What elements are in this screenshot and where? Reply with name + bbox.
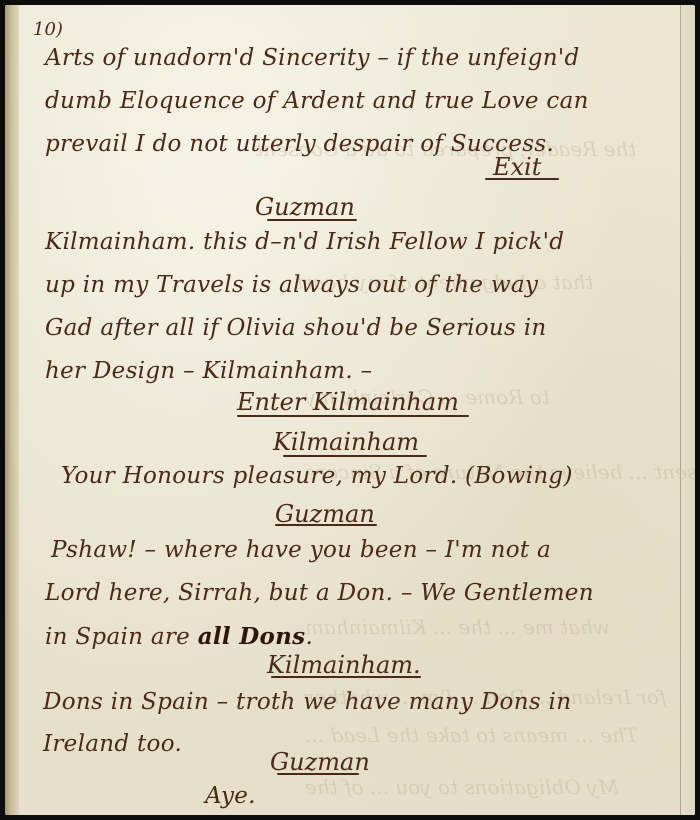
underline bbox=[275, 524, 377, 526]
underline bbox=[485, 178, 559, 180]
manuscript-line: up in my Travels is always out of the wa… bbox=[45, 274, 538, 297]
emphasized-text: all Dons bbox=[198, 623, 306, 650]
page-number: 10) bbox=[33, 19, 63, 40]
manuscript-line: Kilmainham. this d–n'd Irish Fellow I pi… bbox=[45, 231, 564, 254]
underline bbox=[267, 219, 357, 221]
manuscript-line: Ireland too. bbox=[43, 733, 182, 756]
stage-direction-exit: Exit bbox=[493, 155, 541, 179]
manuscript-line: Aye. bbox=[205, 785, 256, 808]
bleed-through-text: what me ... the ... Kilmainham bbox=[305, 615, 610, 639]
manuscript-line: her Design – Kilmainham. – bbox=[45, 360, 372, 383]
underline bbox=[277, 773, 359, 775]
underline bbox=[283, 455, 427, 457]
manuscript-line: Your Honours pleasure, my Lord. (Bowing) bbox=[61, 465, 573, 488]
stage-direction-enter: Enter Kilmainham bbox=[237, 390, 459, 414]
scan-frame: the Reader, prepared to do a Consent tha… bbox=[0, 0, 700, 820]
bleed-through-text: The ... means to take the Lead ... bbox=[305, 723, 638, 747]
manuscript-line: Pshaw! – where have you been – I'm not a bbox=[51, 539, 551, 562]
speaker-name: Guzman bbox=[270, 750, 370, 774]
speaker-name: Kilmainham bbox=[273, 430, 419, 454]
manuscript-line: Lord here, Sirrah, but a Don. – We Gentl… bbox=[45, 582, 594, 605]
line-text: . bbox=[305, 624, 313, 650]
manuscript-line: prevail I do not utterly despair of Succ… bbox=[45, 133, 554, 156]
line-text: in Spain are bbox=[45, 624, 198, 650]
manuscript-line: in Spain are all Dons. bbox=[45, 625, 313, 649]
binding-gutter bbox=[5, 5, 19, 815]
speaker-name: Kilmainham. bbox=[267, 653, 421, 677]
page-edge-strip bbox=[681, 5, 695, 815]
speaker-name: Guzman bbox=[275, 502, 375, 526]
manuscript-page: the Reader, prepared to do a Consent tha… bbox=[5, 5, 695, 815]
bleed-through-text: My Obligations to you ... of the bbox=[305, 775, 619, 799]
manuscript-line: Dons in Spain – troth we have many Dons … bbox=[43, 691, 571, 714]
manuscript-line: dumb Eloquence of Ardent and true Love c… bbox=[45, 90, 589, 113]
underline bbox=[271, 676, 421, 678]
manuscript-line: Arts of unadorn'd Sincerity – if the unf… bbox=[45, 47, 579, 70]
manuscript-line: Gad after all if Olivia shou'd be Seriou… bbox=[45, 317, 547, 340]
underline bbox=[237, 415, 469, 417]
speaker-name: Guzman bbox=[255, 195, 355, 219]
